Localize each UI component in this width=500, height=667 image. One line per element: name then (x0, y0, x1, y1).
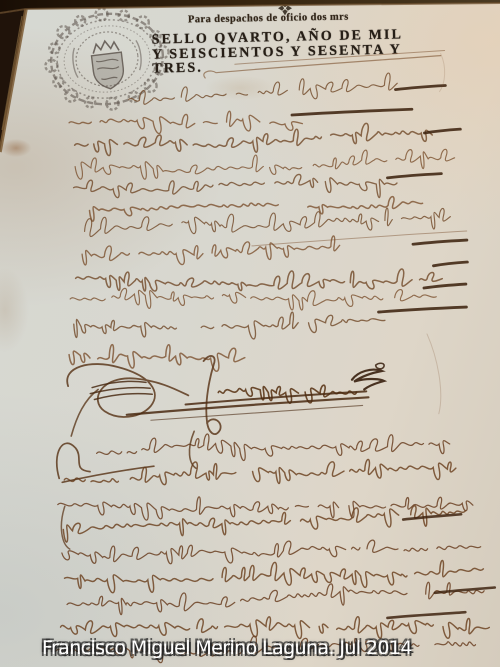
picture-frame-edge (0, 0, 500, 667)
watermark-caption: Francisco Miguel Merino Laguna. Jul 2014 (42, 637, 412, 659)
framed-document-photo: Para despachos de oficio dos mrs SELLO Q… (0, 0, 500, 667)
